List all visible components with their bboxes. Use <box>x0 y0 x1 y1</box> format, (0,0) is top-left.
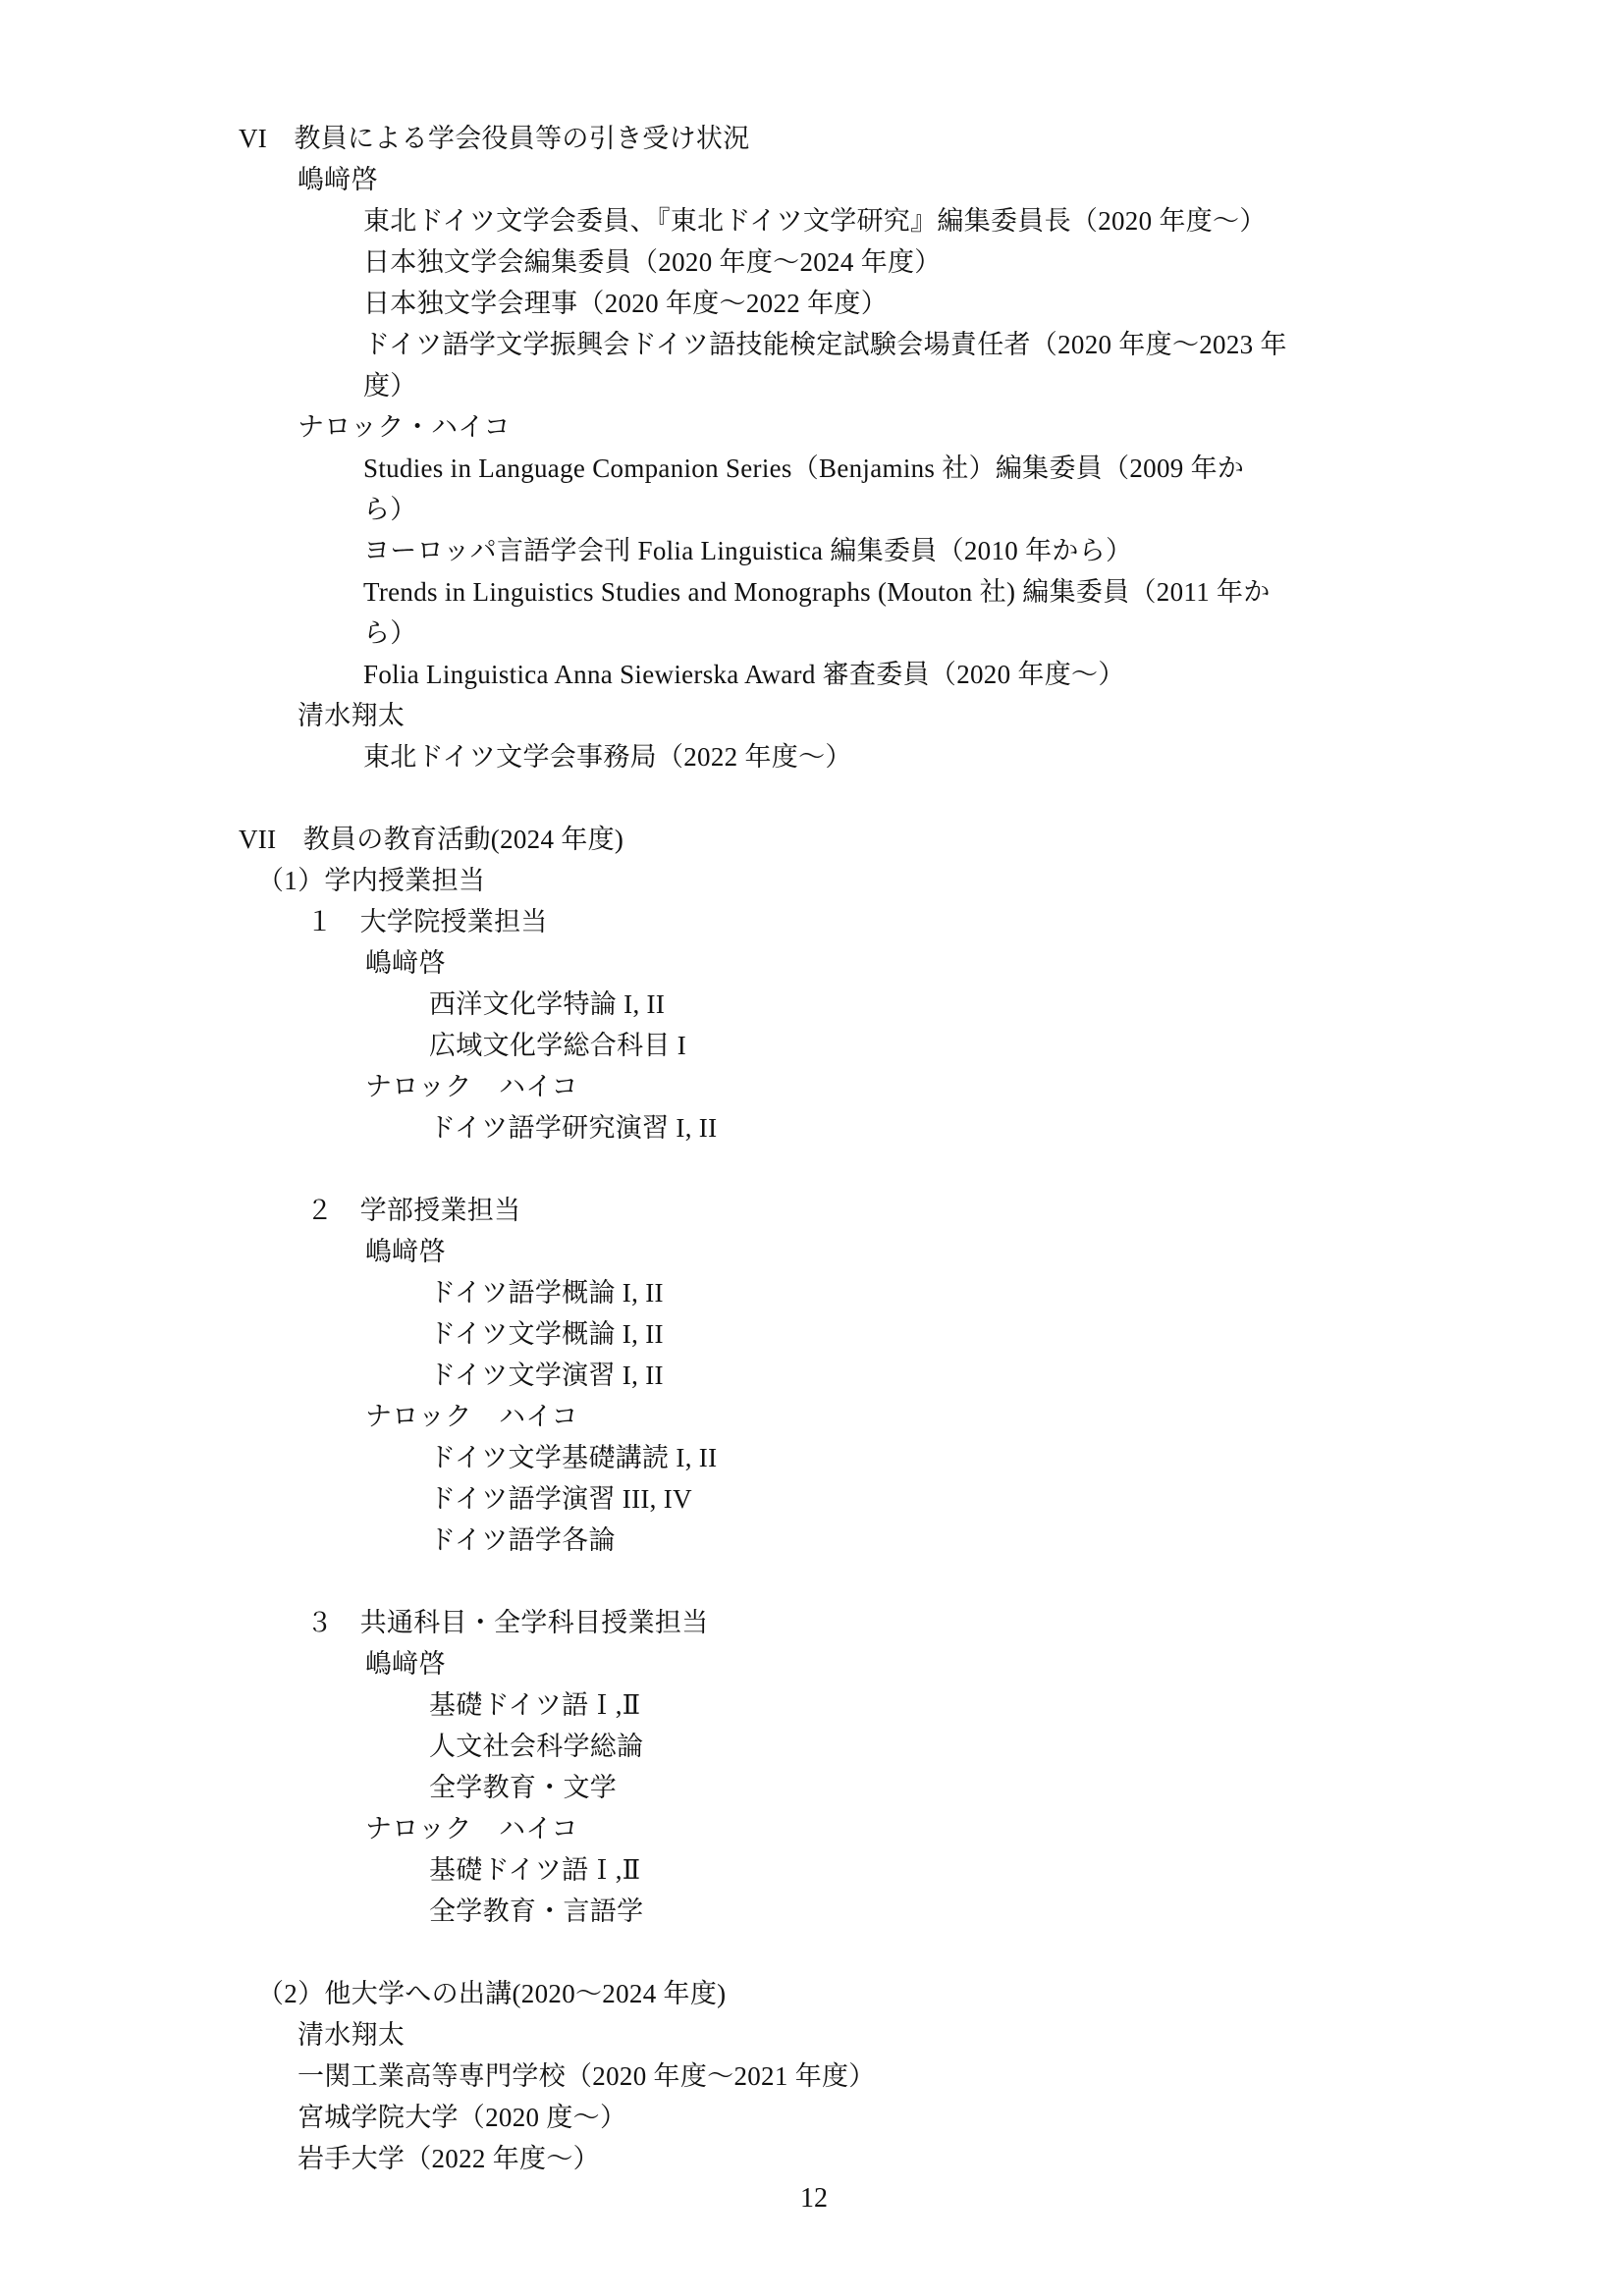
teacher-name: 嶋﨑啓 <box>365 946 446 980</box>
person-name: ナロック・ハイコ <box>298 410 511 444</box>
course-item: 全学教育・文学 <box>429 1771 617 1804</box>
lecture-item: 宮城学院大学（2020 度～） <box>298 2101 626 2134</box>
course-item: 全学教育・言語学 <box>429 1895 643 1928</box>
role-item: Studies in Language Companion Series（Ben… <box>363 452 1244 485</box>
course-item: 人文社会科学総論 <box>429 1730 643 1763</box>
role-item-continuation: ら） <box>363 493 417 526</box>
subsubsection-heading: ２ 学部授業担当 <box>306 1194 520 1227</box>
subsection-heading: （1）学内授業担当 <box>257 864 485 897</box>
role-item: ドイツ語学文学振興会ドイツ語技能検定試験会場責任者（2020 年度～2023 年 <box>363 328 1287 361</box>
lecture-item: 岩手大学（2022 年度～） <box>298 2142 600 2175</box>
course-item: 基礎ドイツ語Ｉ,Ⅱ <box>429 1853 640 1887</box>
role-item: 東北ドイツ文学会事務局（2022 年度～） <box>363 740 852 774</box>
section-heading: VII 教員の教育活動(2024 年度) <box>239 823 623 856</box>
person-name: 清水翔太 <box>298 699 405 732</box>
page-number: 12 <box>800 2183 828 2215</box>
course-item: 西洋文化学特論 I, II <box>429 988 665 1021</box>
course-item: ドイツ文学演習 I, II <box>429 1359 664 1392</box>
role-item: Folia Linguistica Anna Siewierska Award … <box>363 658 1125 691</box>
lecture-item: 一関工業高等専門学校（2020 年度～2021 年度） <box>298 2059 876 2093</box>
teacher-name: ナロック ハイコ <box>365 1070 578 1103</box>
person-name: 嶋﨑啓 <box>298 163 378 196</box>
course-item: ドイツ文学基礎講読 I, II <box>429 1441 717 1474</box>
course-item: 広域文化学総合科目 I <box>429 1029 686 1062</box>
course-item: ドイツ語学各論 <box>429 1523 616 1557</box>
document-page: VI 教員による学会役員等の引き受け状況 嶋﨑啓 東北ドイツ文学会委員、『東北ド… <box>0 0 1624 2296</box>
subsubsection-heading: ３ 共通科目・全学科目授業担当 <box>306 1606 709 1639</box>
person-name: 清水翔太 <box>298 2018 405 2052</box>
course-item: ドイツ語学概論 I, II <box>429 1276 664 1309</box>
teacher-name: ナロック ハイコ <box>365 1400 578 1433</box>
role-item: 東北ドイツ文学会委員、『東北ドイツ文学研究』編集委員長（2020 年度～） <box>363 204 1267 238</box>
section-heading: VI 教員による学会役員等の引き受け状況 <box>239 122 750 155</box>
course-item: ドイツ語学演習 III, IV <box>429 1482 692 1516</box>
teacher-name: 嶋﨑啓 <box>365 1647 446 1681</box>
course-item: ドイツ文学概論 I, II <box>429 1317 664 1351</box>
role-item: Trends in Linguistics Studies and Monogr… <box>363 575 1271 609</box>
teacher-name: ナロック ハイコ <box>365 1812 578 1845</box>
role-item: ヨーロッパ言語学会刊 Folia Linguistica 編集委員（2010 年… <box>363 534 1132 567</box>
subsubsection-heading: １ 大学院授業担当 <box>306 905 548 938</box>
teacher-name: 嶋﨑啓 <box>365 1235 446 1268</box>
course-item: 基礎ドイツ語Ｉ,Ⅱ <box>429 1688 640 1722</box>
role-item-continuation: 度） <box>363 369 417 402</box>
course-item: ドイツ語学研究演習 I, II <box>429 1111 717 1145</box>
role-item: 日本独文学会理事（2020 年度～2022 年度） <box>363 287 888 320</box>
role-item: 日本独文学会編集委員（2020 年度～2024 年度） <box>363 245 942 279</box>
role-item-continuation: ら） <box>363 616 417 650</box>
subsection-heading: （2）他大学への出講(2020～2024 年度) <box>257 1977 726 2010</box>
